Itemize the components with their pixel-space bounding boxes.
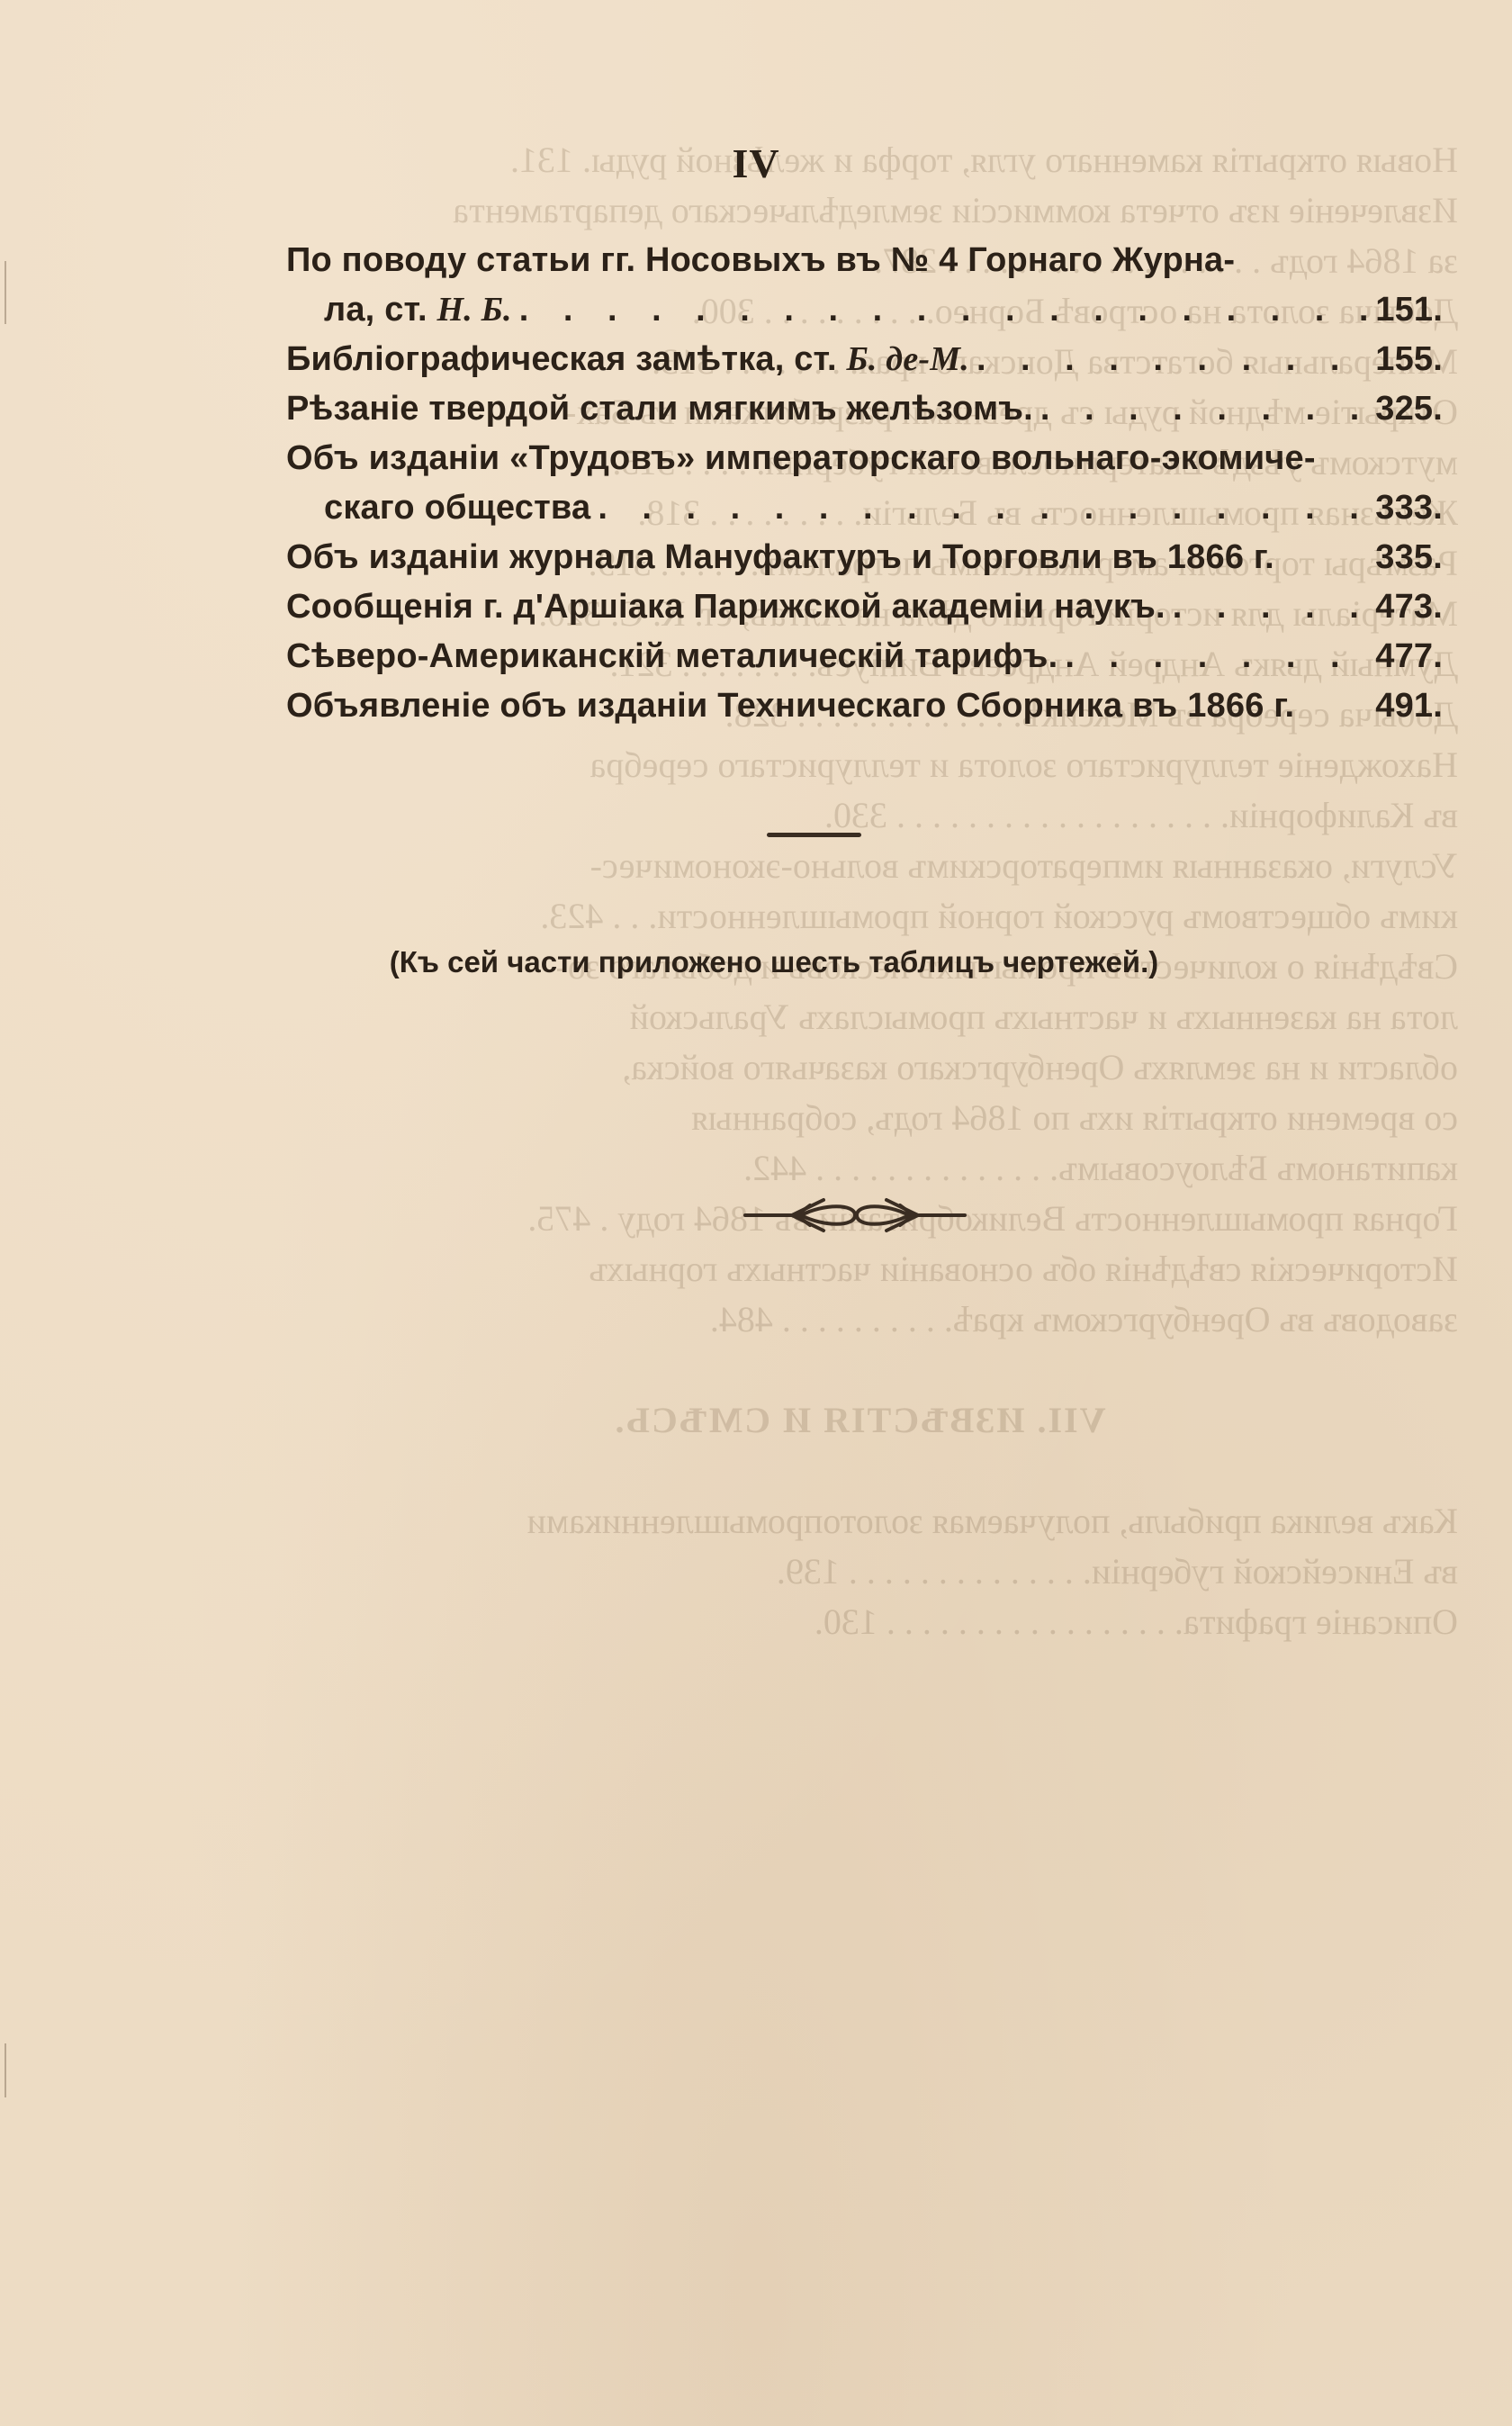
bleed-through-line: со времени открытія ихъ по 1864 годъ, со… bbox=[261, 1093, 1458, 1143]
toc-title-cont: ла, ст. Н. Б. bbox=[324, 285, 512, 335]
toc-page-number: 155. bbox=[1375, 335, 1443, 384]
toc-entry: Объявленіе объ изданіи Техническаго Сбор… bbox=[286, 681, 1443, 731]
bleed-through-line: въ Енисейской губерніи. . . . . . . . . … bbox=[261, 1547, 1458, 1597]
toc-page-number: 491. bbox=[1375, 681, 1443, 731]
dot-leader bbox=[519, 285, 1369, 335]
toc-title: Объ изданіи «Трудовъ» императорскаго вол… bbox=[286, 434, 1316, 483]
bleed-through-line: Извлеченіе изъ отчета коммиссіи земледѣл… bbox=[261, 185, 1458, 236]
bleed-through-line: Услуги, оказанныя императорскимъ вольно-… bbox=[261, 841, 1458, 891]
arrow-flourish-icon bbox=[738, 1193, 972, 1238]
bleed-through-line: Какъ велика прибыль, получаемая золотопр… bbox=[261, 1496, 1458, 1547]
dot-leader bbox=[598, 483, 1368, 533]
toc-author: Б. де-М. bbox=[847, 340, 969, 378]
toc-title-text: Библіографическая замѣтка, ст. bbox=[286, 340, 847, 378]
dot-leader bbox=[1173, 582, 1368, 632]
toc-page-number: 473. bbox=[1375, 582, 1443, 632]
toc-title: Объявленіе объ изданіи Техническаго Сбор… bbox=[286, 681, 1294, 731]
toc-line: По поводу статьи гг. Носовыхъ въ № 4 Гор… bbox=[286, 236, 1443, 285]
margin-mark bbox=[4, 261, 6, 324]
toc-entry: По поводу статьи гг. Носовыхъ въ № 4 Гор… bbox=[286, 236, 1443, 335]
toc-entry: Объ изданіи «Трудовъ» императорскаго вол… bbox=[286, 434, 1443, 533]
bleed-through-line bbox=[261, 1446, 1458, 1496]
toc-title-text: ла, ст. bbox=[324, 291, 437, 329]
toc-title: Объ изданіи журнала Мануфактуръ и Торгов… bbox=[286, 533, 1274, 582]
toc-title: Сообщенія г. д'Аршіака Парижской академі… bbox=[286, 582, 1165, 632]
toc-title: Сѣверо-Американскій металическій тарифъ. bbox=[286, 632, 1057, 681]
toc-title: Рѣзаніе твердой стали мягкимъ желѣзомъ. bbox=[286, 384, 1033, 434]
toc-line: Объ изданіи «Трудовъ» императорскаго вол… bbox=[286, 434, 1443, 483]
toc-page-number: 335. bbox=[1375, 533, 1443, 582]
bleed-through-line: лота на казенныхъ и частныхъ промыслахъ … bbox=[261, 992, 1458, 1042]
toc-entry: Рѣзаніе твердой стали мягкимъ желѣзомъ. … bbox=[286, 384, 1443, 434]
toc-page-number: 151. bbox=[1375, 285, 1443, 335]
toc-line: ла, ст. Н. Б. 151. bbox=[286, 285, 1443, 335]
toc-page-number: 325. bbox=[1375, 384, 1443, 434]
toc-entry: Объ изданіи журнала Мануфактуръ и Торгов… bbox=[286, 533, 1443, 582]
bleed-through-line: VII. ИЗВѢСТІЯ И СМѢСЬ. bbox=[261, 1395, 1458, 1446]
toc-line: Рѣзаніе твердой стали мягкимъ желѣзомъ. … bbox=[286, 384, 1443, 434]
toc-page-number: 333. bbox=[1375, 483, 1443, 533]
toc-line: Объявленіе объ изданіи Техническаго Сбор… bbox=[286, 681, 1443, 731]
toc-entry: Библіографическая замѣтка, ст. Б. де-М. … bbox=[286, 335, 1443, 384]
toc-line: скаго общества 333. bbox=[286, 483, 1443, 533]
bleed-through-line: Историческія свѣдѣнія объ основаніи част… bbox=[261, 1244, 1458, 1294]
document-page: Новыя открытія каменнаго угля, торфа и ж… bbox=[0, 0, 1512, 2426]
table-of-contents: По поводу статьи гг. Носовыхъ въ № 4 Гор… bbox=[286, 236, 1443, 731]
dot-leader bbox=[1065, 632, 1368, 681]
toc-title: Библіографическая замѣтка, ст. Б. де-М. bbox=[286, 335, 969, 384]
toc-line: Сѣверо-Американскій металическій тарифъ.… bbox=[286, 632, 1443, 681]
margin-mark bbox=[4, 2043, 6, 2097]
toc-line: Библіографическая замѣтка, ст. Б. де-М. … bbox=[286, 335, 1443, 384]
dot-leader bbox=[976, 335, 1368, 384]
bleed-through-line: Описаніе графита. . . . . . . . . . . . … bbox=[261, 1597, 1458, 1647]
bleed-through-line: капитаномъ Бѣлоусовымъ. . . . . . . . . … bbox=[261, 1143, 1458, 1194]
toc-author: Н. Б. bbox=[437, 291, 512, 329]
bleed-through-line bbox=[261, 1345, 1458, 1395]
page-number: IV bbox=[0, 140, 1512, 187]
toc-entry: Сѣверо-Американскій металическій тарифъ.… bbox=[286, 632, 1443, 681]
dot-leader bbox=[1040, 384, 1368, 434]
bleed-through-line: Нахожденіе теллуристаго золота и теллури… bbox=[261, 740, 1458, 790]
toc-title-cont: скаго общества bbox=[324, 483, 590, 533]
toc-page-number: 477. bbox=[1375, 632, 1443, 681]
attachment-note: (Къ сей части приложено шесть таблицъ че… bbox=[0, 945, 1512, 979]
section-divider-rule bbox=[767, 833, 861, 837]
toc-title: По поводу статьи гг. Носовыхъ въ № 4 Гор… bbox=[286, 236, 1235, 285]
bleed-through-line: области и на земляхъ Оренбургскаго казач… bbox=[261, 1042, 1458, 1093]
bleed-through-line: заводовъ въ Оренбургскомъ краѣ. . . . . … bbox=[261, 1294, 1458, 1345]
toc-line: Сообщенія г. д'Аршіака Парижской академі… bbox=[286, 582, 1443, 632]
toc-line: Объ изданіи журнала Мануфактуръ и Торгов… bbox=[286, 533, 1443, 582]
toc-entry: Сообщенія г. д'Аршіака Парижской академі… bbox=[286, 582, 1443, 632]
bleed-through-line: кимъ обществомъ русской горной промышлен… bbox=[261, 891, 1458, 942]
